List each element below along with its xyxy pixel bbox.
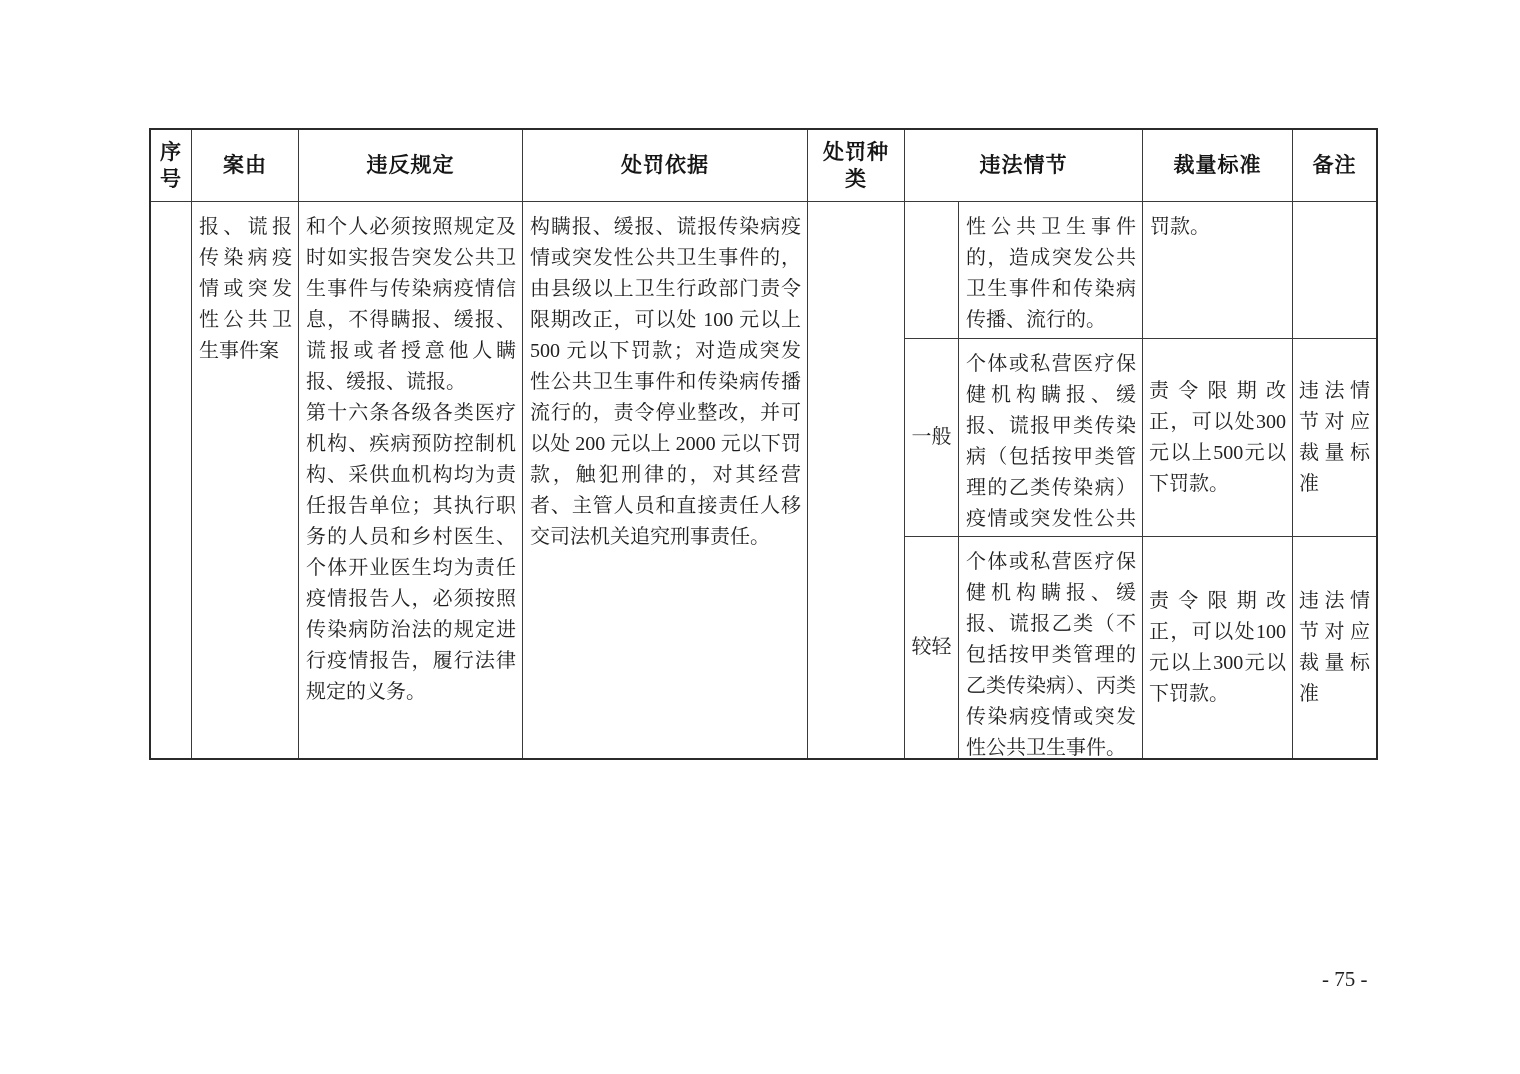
violated-provision-cell: 和个人必须按照规定及时如实报告突发公共卫生事件与传染病疫情信息，不得瞒报、缓报、…: [299, 202, 523, 758]
header-case-cause: 案由: [192, 130, 299, 202]
penalty-discretion-table: 序号 案由 违反规定 处罚依据 处罚种类 违法情节 裁量标准 备注 报、谎报传染…: [149, 128, 1378, 760]
penalty-basis-cell: 构瞒报、缓报、谎报传染病疫情或突发性公共卫生事件的，由县级以上卫生行政部门责令限…: [523, 202, 808, 758]
standard-cell: 责令限期改正，可以处300元以上500元以下罚款。: [1143, 339, 1293, 537]
page-number: - 75 -: [1322, 967, 1368, 992]
severity-cell: 较轻: [905, 537, 959, 758]
remark-cell: [1293, 202, 1376, 339]
standard-cell: 罚款。: [1143, 202, 1293, 339]
document-page: 序号 案由 违反规定 处罚依据 处罚种类 违法情节 裁量标准 备注 报、谎报传染…: [0, 0, 1520, 1074]
header-remark: 备注: [1293, 130, 1376, 202]
remark-cell: 违法情节对应裁量标准: [1293, 339, 1376, 537]
header-violated-provision: 违反规定: [299, 130, 523, 202]
circumstance-cell: 个体或私营医疗保健机构瞒报、缓报、谎报乙类（不包括按甲类管理的乙类传染病）、丙类…: [959, 537, 1143, 758]
header-penalty-basis: 处罚依据: [523, 130, 808, 202]
violated-provision-paragraph-1: 和个人必须按照规定及时如实报告突发公共卫生事件与传染病疫情信息，不得瞒报、缓报、…: [306, 212, 516, 398]
penalty-type-cell: [808, 202, 905, 758]
severity-cell: 一般: [905, 339, 959, 537]
case-cause-cell: 报、谎报传染病疫情或突发性公共卫生事件案: [192, 202, 299, 758]
circumstance-cell: 性公共卫生事件的，造成突发公共卫生事件和传染病传播、流行的。: [959, 202, 1143, 339]
remark-cell: 违法情节对应裁量标准: [1293, 537, 1376, 758]
circumstance-cell: 个体或私营医疗保健机构瞒报、缓报、谎报甲类传染病（包括按甲类管理的乙类传染病）疫…: [959, 339, 1143, 537]
header-illegal-circumstance: 违法情节: [905, 130, 1143, 202]
header-discretion-standard: 裁量标准: [1143, 130, 1293, 202]
standard-cell: 责令限期改正，可以处100元以上300元以下罚款。: [1143, 537, 1293, 758]
header-serial-number: 序号: [151, 130, 192, 202]
violated-provision-paragraph-2: 第十六条各级各类医疗机构、疾病预防控制机构、采供血机构均为责任报告单位；其执行职…: [306, 398, 516, 708]
header-penalty-type: 处罚种类: [808, 130, 905, 202]
severity-cell: [905, 202, 959, 339]
serial-number-cell: [151, 202, 192, 758]
